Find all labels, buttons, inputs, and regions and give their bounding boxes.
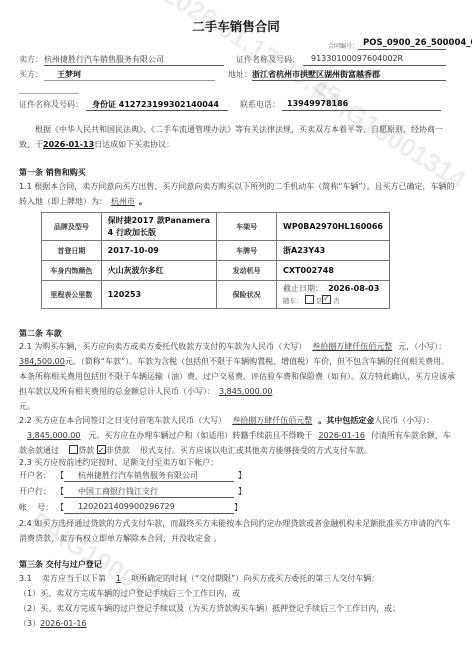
insurance-no-label: 否 (333, 297, 340, 305)
clause-2-1: 2.1 为购买车辆，买方应向卖方或卖方委托代收款方支付的车款为人民币（大写）叁拾… (19, 339, 457, 414)
option-3-prefix: （3） (19, 619, 40, 628)
insurance-no-checkbox[interactable] (322, 295, 331, 304)
address-label: 地址： (228, 69, 252, 80)
contract-no: POS_0900_26_500004_001 (363, 38, 472, 48)
table-cell-brand: 保时捷2017 款Panamera 4 行政加长版 (101, 213, 217, 241)
clause-1-1-text: 1.1 根据本合同，卖方同意向买方出售、买方同意向卖方购买以下所列的二手机动车（… (19, 182, 455, 206)
table-header-cell: 品牌及型号 (42, 213, 102, 241)
account-no: 1202021409900296729 (78, 502, 175, 511)
account-bank: 中国工商银行钱江支行 (78, 486, 158, 497)
vehicle-info-table: 品牌及型号 保时捷2017 款Panamera 4 行政加长版 车架号 WP0B… (41, 212, 390, 309)
seller-label: 卖方： (19, 54, 43, 65)
loan-checkbox[interactable] (69, 445, 78, 454)
seller-id-value: 91330100097604002R (311, 54, 403, 63)
buyer-address: 浙江省杭州市拱墅区湖州街富越香郡 (252, 69, 380, 80)
section2-heading: 第二条 车款 (19, 328, 62, 339)
table-cell-color: 火山灰波尔多红 (101, 261, 217, 281)
clause-2-2-text-d: 元。买方应在办理车辆过户和（如适用）转籍手续前且不得晚于 (88, 431, 312, 440)
clause-2-1-text-d: 元。 (19, 402, 35, 411)
clause-2-1-text: 2.1 为购买车辆，买方应向卖方或卖方委托代收款方支付的车款为人民币（大写） (19, 342, 306, 351)
document-title: 二手车销售合同 (0, 17, 472, 35)
insurance-yes-checkbox[interactable] (305, 295, 314, 304)
buyer-id-underline (86, 110, 228, 111)
buyer-name-underline (44, 80, 215, 81)
account-no-underline (64, 513, 234, 514)
delivery-option-3: （3）2026-01-16 (19, 616, 457, 631)
preamble-text-end: 日达成如下买卖协议： (94, 140, 174, 149)
table-cell-engine: CXT002748 (277, 261, 390, 281)
divider (19, 93, 79, 94)
seller-name: 杭州捷胜行汽车销售服务有限公司 (44, 54, 164, 65)
period: 。 (139, 197, 147, 206)
clause-2-1-text-b: 元，（小写）： (398, 342, 446, 351)
buyer-name: 王梦珂 (57, 69, 81, 80)
delivery-option-1: （1）买、卖双方完成车辆的过户登记手续后三个工作日内，或 (19, 586, 457, 601)
account-name-underline (64, 481, 234, 482)
buyer-phone: 13949978186 (287, 99, 348, 108)
clause-3-1: 3.1 卖方应当于以下第1项所确定的时间（“交付期限”）向买方或买方委托的第三人… (19, 571, 457, 586)
table-header-cell: 车身内饰颜色 (42, 261, 102, 281)
loan-label: 贷款 (78, 446, 94, 455)
account-no-label: 帐 号： (19, 502, 53, 513)
table-header-cell: 保险状况 (217, 281, 277, 309)
contract-no-label: 合同编号： (328, 41, 358, 50)
section1-heading: 第一条 销售和购买 (19, 167, 86, 178)
phone-label: 联系电话： (240, 99, 280, 110)
table-cell-insurance: 截止日期： 2026-08-03 随车： 是 否 (277, 281, 390, 309)
clause-2-4: 2.4 如买方选择通过贷款的方式支付车款，而最终买方未能按本合同约定办理贷款或者… (19, 516, 457, 546)
table-cell-plate: 浙A23Y43 (277, 241, 390, 261)
buyer-id-value: 身份证 412723199302140044 (92, 99, 219, 110)
insurance-transfer-label: 随车： (283, 297, 303, 305)
seller-id-label: 证件名称及号码： (236, 54, 300, 65)
destination-city: 杭州市 (107, 197, 139, 206)
seller-id-underline (303, 65, 446, 66)
deposit-label: 。其中包括定金 (318, 416, 374, 425)
first-payment-figures: 3,845,000.00 (19, 431, 88, 440)
insurance-expiry-label: 截止日期： (283, 284, 323, 293)
table-cell-vin: WP0BA2970HL160066 (277, 213, 390, 241)
section3-heading: 第三条 交付与过户登记 (19, 559, 102, 570)
nonloan-checkbox[interactable] (97, 445, 106, 454)
table-row: 品牌及型号 保时捷2017 款Panamera 4 行政加长版 车架号 WP0B… (42, 213, 390, 241)
clause-3-1-text: 3.1 卖方应当于以下第 (19, 574, 106, 583)
insurance-expiry-date: 2026-08-03 (328, 284, 379, 293)
clause-2-2-text: 2.2 买方应在本合同签订之日支付首笔车款人民币（大写） (19, 416, 226, 425)
agreement-date: 2026-01-13 (43, 140, 94, 149)
table-header-cell: 车牌号 (217, 241, 277, 261)
total-amount: 3,845,000.00 (215, 387, 272, 396)
table-header-cell: 发动机号 (217, 261, 277, 281)
table-row: 里程表公里数 120253 保险状况 截止日期： 2026-08-03 随车： … (42, 281, 390, 309)
delivery-date: 2026-01-16 (40, 619, 87, 628)
account-name-label: 开户名： (19, 470, 51, 481)
clause-1-1: 1.1 根据本合同，卖方同意向买方出售、买方同意向卖方购买以下所列的二手机动车（… (19, 179, 457, 209)
address-underline (252, 80, 446, 81)
table-cell-mileage: 120253 (101, 281, 217, 309)
nonloan-label: 非贷款 (106, 446, 130, 455)
clause-3-1-text-b: 项所确定的时间（“交付期限”）向买方或买方委托的第三人交付车辆： (131, 574, 379, 583)
account-bank-underline (64, 497, 234, 498)
price-in-figures: 384,500.00 (19, 357, 65, 366)
clause-2-2-text-f: 形式支付。买方应该以电汇或其他卖方能够接受的方式支付车款。 (140, 446, 372, 455)
table-row: 首登日期 2017-10-09 车牌号 浙A23Y43 (42, 241, 390, 261)
table-header-cell: 首登日期 (42, 241, 102, 261)
table-header-cell: 里程表公里数 (42, 281, 102, 309)
contract-no-underline (358, 49, 446, 50)
buyer-label: 买方： (19, 69, 43, 80)
table-row: 车身内饰颜色 火山灰波尔多红 发动机号 CXT002748 (42, 261, 390, 281)
payment-deadline: 2026-01-16 (312, 431, 371, 440)
price-in-words: 叁拾捌万肆仟伍佰元整 (306, 342, 398, 351)
preamble: 根据《中华人民共和国民法典》、《二手车流通管理办法》等有关法律法规，买卖双方本着… (19, 122, 457, 152)
clause-2-3: 2.3 买方应按前述约定按时、足额支付至卖方如下帐户： (19, 455, 457, 470)
first-payment-words: 叁拾捌万肆仟伍佰元整 (226, 416, 318, 425)
delivery-option-2: （2）买、卖双方完成车辆的过户登记手续以及（为买方贷款购买车辆）抵押登记手续后三… (19, 601, 457, 616)
delivery-item-no: 1 (106, 574, 131, 583)
phone-underline (282, 110, 441, 111)
account-bank-label: 开户行： (19, 486, 51, 497)
clause-2-2-text-c: 人民币（小写）： (374, 416, 434, 425)
seller-underline (44, 65, 224, 66)
table-cell-first-reg: 2017-10-09 (101, 241, 217, 261)
account-name: 杭州捷胜行汽车销售服务有限公司 (78, 470, 198, 481)
clause-2-2: 2.2 买方应在本合同签订之日支付首笔车款人民币（大写）叁拾捌万肆仟伍佰元整。其… (19, 413, 457, 458)
table-header-cell: 车架号 (217, 213, 277, 241)
buyer-id-label: 证件名称及号码： (19, 99, 83, 110)
